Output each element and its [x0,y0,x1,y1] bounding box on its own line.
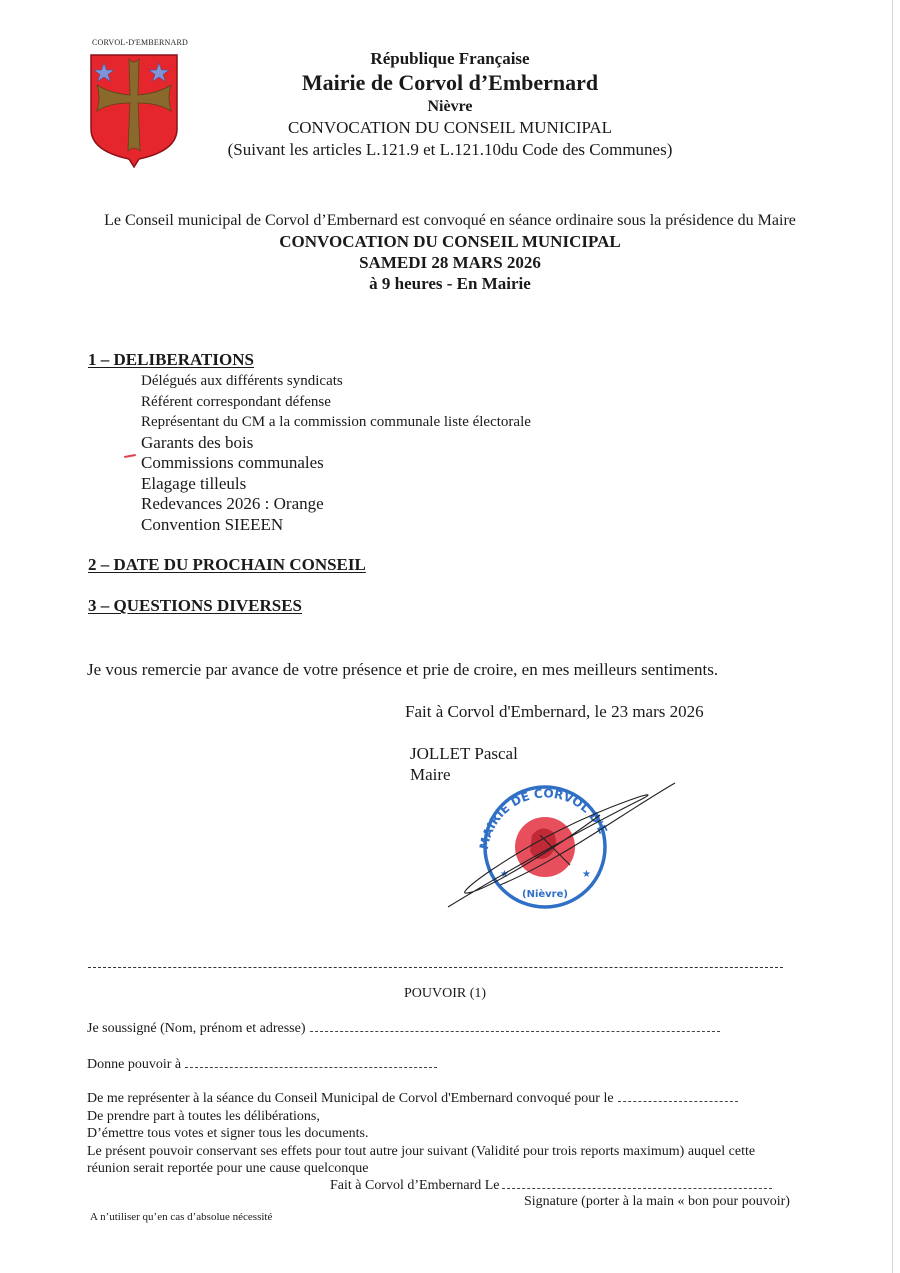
section-deliberations-heading: 1 – DELIBERATIONS [88,350,254,370]
pouvoir-line: D’émettre tous votes et signer tous les … [87,1125,755,1143]
signer-name: JOLLET Pascal [410,743,518,764]
pouvoir-line-text: De me représenter à la séance du Conseil… [87,1091,614,1106]
pouvoir-title: POUVOIR (1) [404,986,486,1002]
list-item: Délégués aux différents syndicats [141,371,531,392]
list-item: Convention SIEEEN [141,515,531,536]
department-label: Nièvre [200,98,700,116]
convocation-intro: Le Conseil municipal de Corvol d’Emberna… [60,212,840,230]
pouvoir-line: Le présent pouvoir conservant ses effets… [87,1143,755,1161]
document-type: CONVOCATION DU CONSEIL MUNICIPAL [175,118,725,138]
session-date-field[interactable] [618,1089,738,1102]
closing-thanks: Je vous remercie par avance de votre pré… [87,660,718,680]
pouvoir-line: De me représenter à la séance du Conseil… [87,1089,755,1108]
list-item: Garants des bois [141,433,531,454]
list-item: Redevances 2026 : Orange [141,494,531,515]
list-item: Référent correspondant défense [141,392,531,413]
crest-caption: CORVOL-D'EMBERNARD [92,38,188,47]
cut-line [88,967,783,968]
soussigne-label: Je soussigné (Nom, prénom et adresse) [87,1021,306,1036]
legal-articles: (Suivant les articles L.121.9 et L.121.1… [150,140,750,160]
republic-label: République Française [200,49,700,69]
section-misc-questions-heading: 3 – QUESTIONS DIVERSES [88,596,302,616]
svg-text:★: ★ [582,869,591,880]
convocation-title: CONVOCATION DU CONSEIL MUNICIPAL [60,232,840,252]
pouvoir-fait-row: Fait à Corvol d’Embernard Le [330,1176,772,1194]
footnote: A n’utiliser qu’en cas d’absolue nécessi… [90,1211,272,1223]
mairie-title: Mairie de Corvol d’Embernard [175,70,725,96]
soussigne-field[interactable] [310,1019,720,1032]
pouvoir-body: De me représenter à la séance du Conseil… [87,1089,755,1178]
pouvoir-line: De prendre part à toutes les délibératio… [87,1108,755,1126]
meeting-time-place: à 9 heures - En Mairie [60,274,840,294]
list-item: Commissions communales [141,453,531,474]
donne-pouvoir-field[interactable] [185,1055,437,1068]
pouvoir-soussigne-row: Je soussigné (Nom, prénom et adresse) [87,1019,720,1037]
signature-label: Signature (porter à la main « bon pour p… [524,1194,790,1210]
page-edge [892,0,893,1273]
deliberations-list: Délégués aux différents syndicats Référe… [141,371,531,535]
list-item: Représentant du CM a la commission commu… [141,412,531,433]
official-seal-icon: MAIRIE DE CORVOL D'EMBERNARD (Nièvre) ★ … [440,775,680,915]
place-date: Fait à Corvol d'Embernard, le 23 mars 20… [405,702,704,722]
pouvoir-line: réunion serait reportée pour une cause q… [87,1160,755,1178]
pouvoir-fait-label: Fait à Corvol d’Embernard Le [330,1178,500,1193]
donne-pouvoir-label: Donne pouvoir à [87,1057,181,1072]
meeting-date: SAMEDI 28 MARS 2026 [60,253,840,273]
stamp-sub: (Nièvre) [522,888,568,900]
pouvoir-donne-row: Donne pouvoir à [87,1055,437,1073]
pouvoir-date-field[interactable] [502,1176,772,1189]
list-item: Elagage tilleuls [141,474,531,495]
section-next-council-heading: 2 – DATE DU PROCHAIN CONSEIL [88,555,366,575]
red-pen-mark [124,454,136,458]
